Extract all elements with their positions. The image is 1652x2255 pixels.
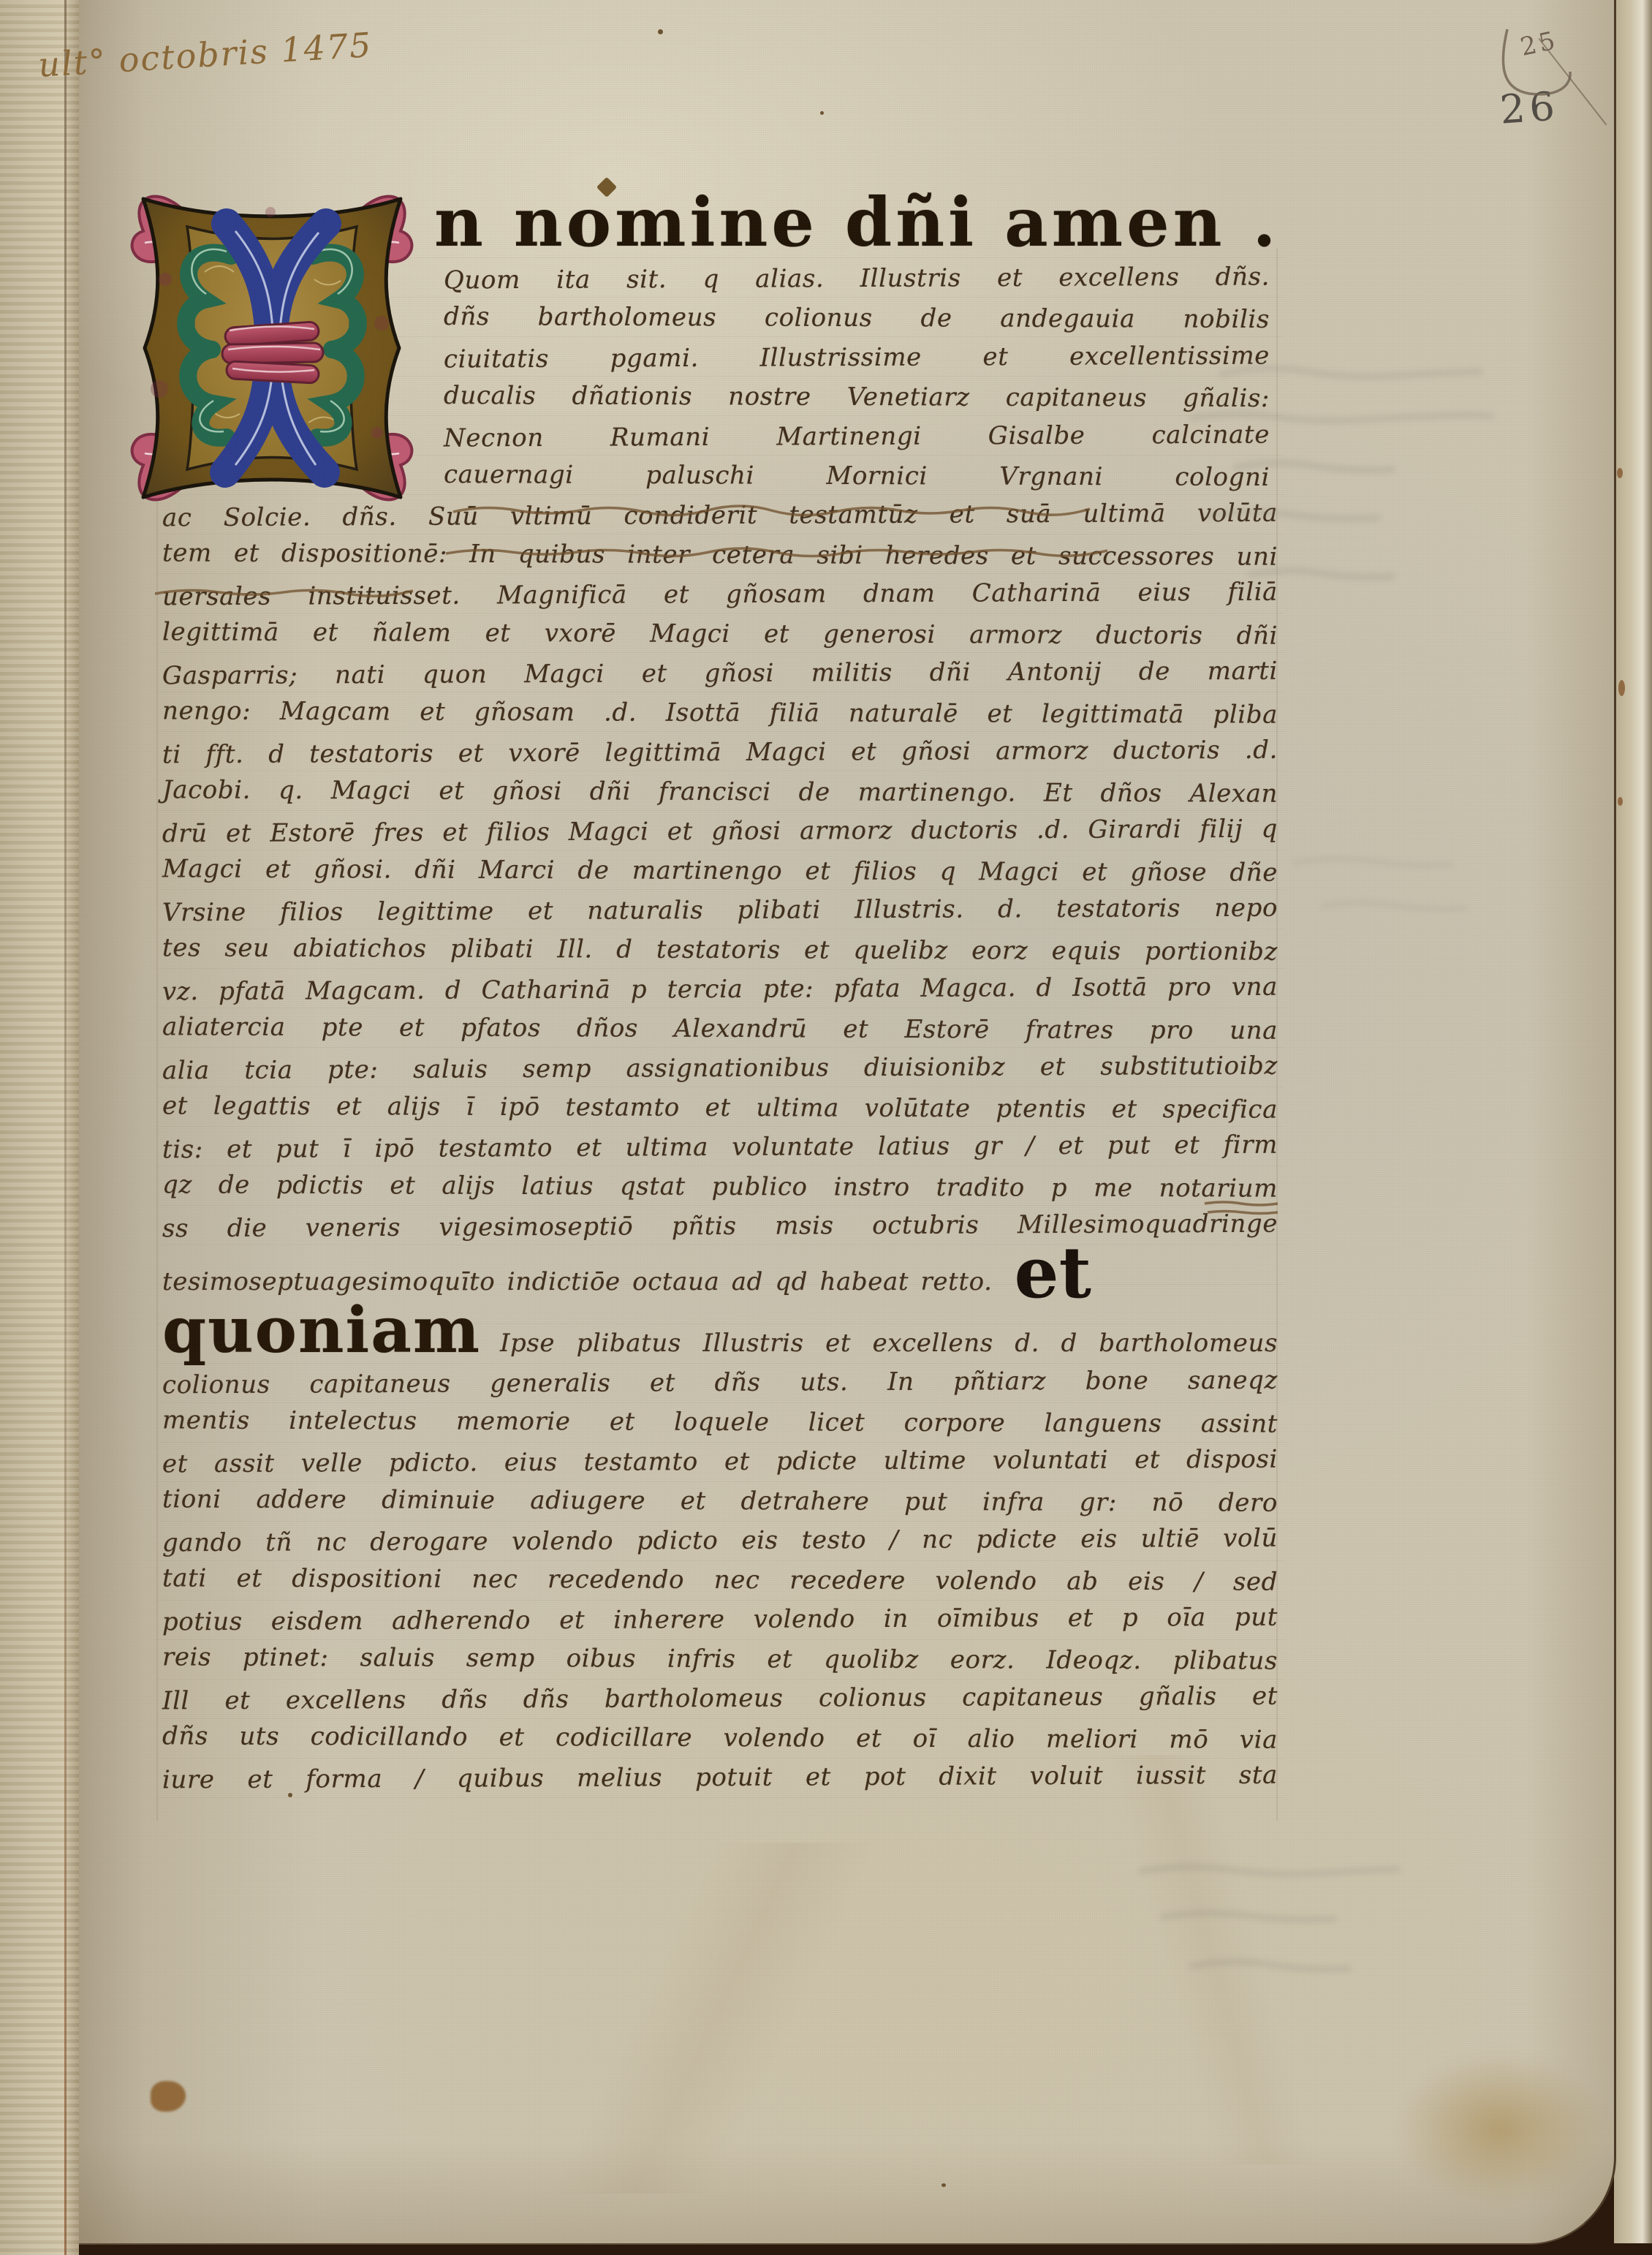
manuscript-line: ti fft. d testatoris et vxorē legittimā … bbox=[162, 730, 1278, 775]
manuscript-line: potius eisdem adherendo et inherere vole… bbox=[162, 1598, 1278, 1642]
manuscript-line: ciuitatis pgami. Illustrissime et excell… bbox=[444, 336, 1270, 379]
ink-speck bbox=[941, 2183, 946, 2187]
parchment-wrinkle bbox=[386, 1843, 1044, 2194]
manuscript-line: Quom ita sit. q alias. Illustris et exce… bbox=[444, 257, 1270, 301]
indented-lines-beside-initial: Quom ita sit. q alias. Illustris et exce… bbox=[444, 259, 1270, 496]
manuscript-line: cauernagi paluschi Mornici Vrgnani colog… bbox=[444, 455, 1270, 497]
manuscript-line: reis ptinet: saluis semp oibus infris et… bbox=[162, 1637, 1278, 1680]
manuscript-line: aliatercia pte et pfatos dños Alexandrū … bbox=[162, 1007, 1278, 1050]
manuscript-line: dñs bartholomeus colionus de andegauia n… bbox=[444, 297, 1270, 339]
manuscript-line: colionus capitaneus generalis et dñs uts… bbox=[162, 1361, 1278, 1405]
manuscript-line: tem et dispositionē: In quibus inter cet… bbox=[162, 533, 1278, 576]
edge-ink-spot bbox=[1617, 468, 1623, 478]
manuscript-line: tioni addere diminuie adiugere et detrah… bbox=[162, 1479, 1278, 1522]
folio-number-new: 26 bbox=[1498, 83, 1561, 132]
tan-stain bbox=[1395, 2053, 1607, 2207]
manuscript-line: gando tñ nc derogare volendo pdicto eis … bbox=[162, 1519, 1278, 1563]
parchment-rough-texture bbox=[0, 0, 79, 2255]
manuscript-line: tati et dispositioni nec recedendo nec r… bbox=[162, 1558, 1278, 1601]
manuscript-line: dñs uts codicillando et codicillare vole… bbox=[162, 1716, 1278, 1759]
manuscript-line: Ipse plibatus Illustris et excellens d. … bbox=[481, 1323, 1278, 1363]
manuscript-line: Jacobi. q. Magci et gñosi dñi francisci … bbox=[162, 770, 1278, 813]
parchment-wrinkle bbox=[956, 1755, 1468, 2164]
ink-speck bbox=[288, 1793, 292, 1797]
manuscript-line: et assit velle pdicto. eius testamto et … bbox=[162, 1440, 1278, 1484]
quoniam-section-lines: colionus capitaneus generalis et dñs uts… bbox=[162, 1363, 1278, 1797]
ruling-line-left-margin bbox=[156, 249, 158, 1821]
manuscript-line: uersales instituisset. Magnificā et gños… bbox=[162, 573, 1278, 617]
manuscript-photo: 25 26 bbox=[0, 0, 1652, 2255]
manuscript-line: tesimoseptuagesimoquīto indictiōe octaua… bbox=[162, 1267, 993, 1296]
manuscript-line: drū et Estorē fres et filios Magci et gñ… bbox=[162, 809, 1278, 854]
ink-speck bbox=[820, 111, 824, 115]
manuscript-line: tis: et put ī ipō testamto et ultima vol… bbox=[162, 1125, 1278, 1170]
adjacent-leaf-left-edge bbox=[0, 0, 79, 2255]
manuscript-line: Vrsine filios legittime et naturalis pli… bbox=[162, 888, 1278, 933]
edge-ink-spot bbox=[1618, 797, 1623, 806]
manuscript-line: mentis intelectus memorie et loquele lic… bbox=[162, 1400, 1278, 1443]
manuscript-line: Gasparris; nati quon Magci et gñosi mili… bbox=[162, 651, 1278, 696]
full-width-lines: ac Solcie. dñs. Suū vltimū condiderit te… bbox=[162, 496, 1278, 1246]
brown-stain bbox=[151, 2081, 186, 2112]
manuscript-line: tes seu abiatichos plibati Ill. d testat… bbox=[162, 928, 1278, 971]
manuscript-line: Ill et excellens dñs dñs bartholomeus co… bbox=[162, 1677, 1278, 1721]
gutter-crease bbox=[64, 0, 67, 2255]
quoniam-paragraph-start: quoniam Ipse plibatus Illustris et excel… bbox=[162, 1288, 1278, 1363]
manuscript-line: et legattis et alijs ī ipō testamto et u… bbox=[162, 1086, 1278, 1129]
gothic-heading-quoniam: quoniam bbox=[162, 1299, 481, 1363]
manuscript-line: qz de pdictis et alijs latius qstat publ… bbox=[162, 1165, 1278, 1208]
manuscript-line: nengo: Magcam et gñosam .d. Isottā filiā… bbox=[162, 691, 1278, 734]
text-block: n nomine dñi amen . Quom ita sit. q alia… bbox=[162, 186, 1278, 1797]
line-with-large-et: tesimoseptuagesimoquīto indictiōe octaua… bbox=[162, 1246, 1278, 1285]
manuscript-line: alia tcia pte: saluis semp assignationib… bbox=[162, 1046, 1278, 1091]
edge-ink-spot bbox=[1618, 680, 1625, 696]
manuscript-line: vz. pfatā Magcam. d Catharinā p tercia p… bbox=[162, 967, 1278, 1012]
manuscript-line: legittimā et ñalem et vxorē Magci et gen… bbox=[162, 612, 1278, 655]
manuscript-line: iure et forma / quibus melius potuit et … bbox=[162, 1756, 1278, 1800]
gothic-et-word: et bbox=[1015, 1253, 1091, 1293]
parchment-page: 25 26 bbox=[79, 0, 1616, 2245]
manuscript-line: Magci et gñosi. dñi Marci de martinengo … bbox=[162, 849, 1278, 892]
manuscript-line: ducalis dñationis nostre Venetiarz capit… bbox=[444, 376, 1270, 418]
fore-edge-right-strip bbox=[1614, 0, 1652, 2243]
gothic-heading-in-nomine: n nomine dñi amen . bbox=[434, 186, 1278, 259]
ink-speck bbox=[658, 29, 663, 34]
manuscript-line: Necnon Rumani Martinengi Gisalbe calcina… bbox=[444, 415, 1270, 458]
manuscript-line: ss die veneris vigesimoseptiō pñtis msis… bbox=[162, 1204, 1278, 1249]
manuscript-line: ac Solcie. dñs. Suū vltimū condiderit te… bbox=[162, 494, 1278, 538]
